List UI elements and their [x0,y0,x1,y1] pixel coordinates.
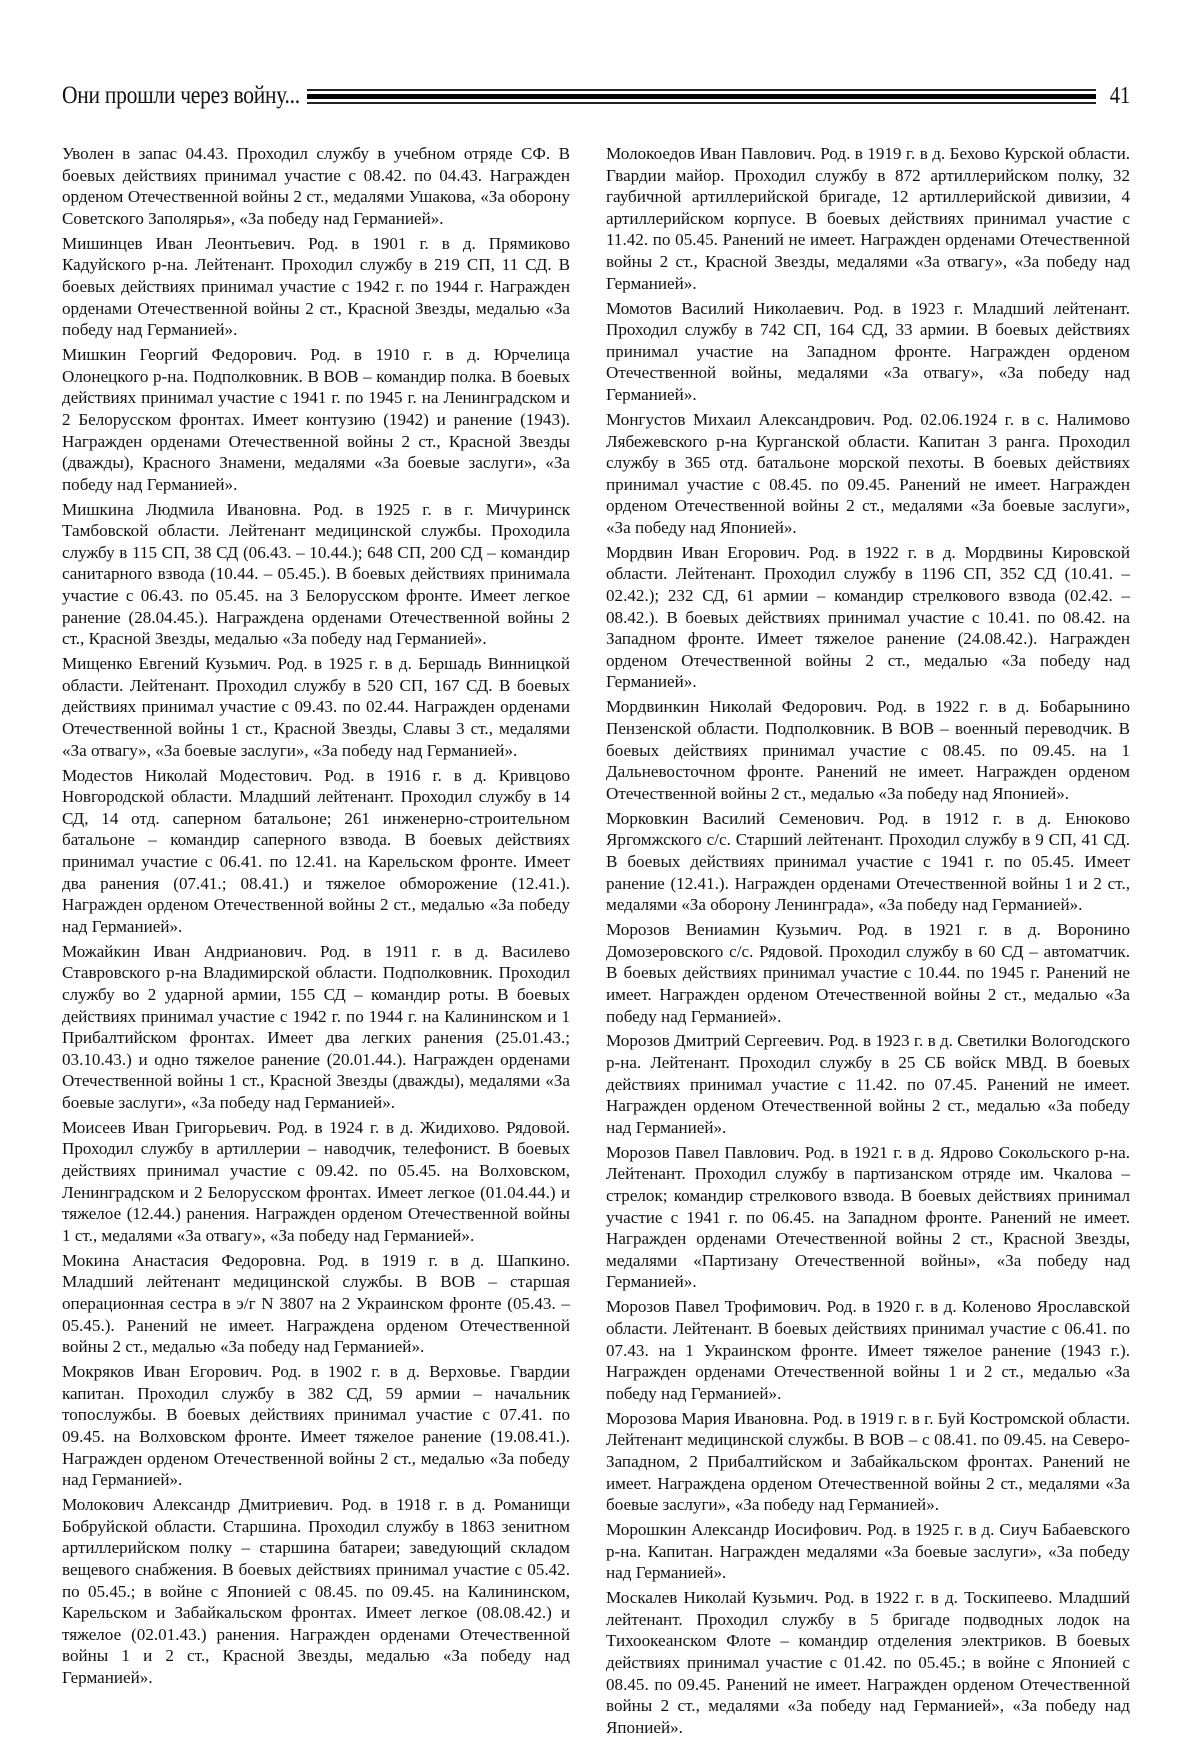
entry-moroshkin: Морошкин Александр Иосифович. Род. в 192… [606,1519,1130,1584]
entry-text: Мишинцев Иван Леонтьевич. Род. в 1901 г.… [62,233,570,341]
entry-mishkin: Мишкин Георгий Федорович. Род. в 1910 г.… [62,344,570,495]
entry-mongustov: Монгустов Михаил Александрович. Род. 02.… [606,409,1130,539]
entry-morozova: Морозова Мария Ивановна. Род. в 1919 г. … [606,1408,1130,1516]
book-page: Они прошли через войну... 41 Уволен в за… [0,0,1191,1756]
entry-text: Модестов Николай Модестович. Род. в 1916… [62,765,570,938]
header-rule [307,89,1096,104]
entry-text: Мищенко Евгений Кузьмич. Род. в 1925 г. … [62,653,570,761]
entry-text: Москалев Николай Кузьмич. Род. в 1922 г.… [606,1587,1130,1738]
entry-text: Морозова Мария Ивановна. Род. в 1919 г. … [606,1408,1130,1516]
entry-morozov-pavel-pavlovich: Морозов Павел Павлович. Род. в 1921 г. в… [606,1142,1130,1293]
entry-momotov: Момотов Василий Николаевич. Род. в 1923 … [606,298,1130,406]
entry-text: Мокина Анастасия Федоровна. Род. в 1919 … [62,1250,570,1358]
entry-text: Морозов Дмитрий Сергеевич. Род. в 1923 г… [606,1030,1130,1138]
entry-mozhaikin: Можайкин Иван Андрианович. Род. в 1911 г… [62,941,570,1114]
entry-text: Уволен в запас 04.43. Проходил службу в … [62,143,570,229]
entry-text: Молокович Александр Дмитриевич. Род. в 1… [62,1494,570,1688]
entry-modestov: Модестов Николай Модестович. Род. в 1916… [62,765,570,938]
page-number: 41 [1110,83,1130,110]
entry-text: Можайкин Иван Андрианович. Род. в 1911 г… [62,941,570,1114]
entry-text: Морковкин Василий Семенович. Род. в 1912… [606,808,1130,916]
entry-text: Морозов Павел Павлович. Род. в 1921 г. в… [606,1142,1130,1293]
entry-text: Морозов Вениамин Кузьмич. Род. в 1921 г.… [606,919,1130,1027]
entry-text: Моисеев Иван Григорьевич. Род. в 1924 г.… [62,1117,570,1247]
page-header: Они прошли через войну... 41 [62,78,1132,114]
entry-mordvinkin: Мордвинкин Николай Федорович. Род. в 192… [606,696,1130,804]
rule-line-top [307,89,1096,91]
entry-morozov-pavel-trofimovich: Морозов Павел Трофимович. Род. в 1920 г.… [606,1296,1130,1404]
entry-morozov-dmitry: Морозов Дмитрий Сергеевич. Род. в 1923 г… [606,1030,1130,1138]
entry-text: Мокряков Иван Егорович. Род. в 1902 г. в… [62,1361,570,1491]
entry-morkovkin: Морковкин Василий Семенович. Род. в 1912… [606,808,1130,916]
entry-morozov-veniamin: Морозов Вениамин Кузьмич. Род. в 1921 г.… [606,919,1130,1027]
entry-molokovich: Молокович Александр Дмитриевич. Род. в 1… [62,1494,570,1688]
entry-molokoedov: Молокоедов Иван Павлович. Род. в 1919 г.… [606,143,1130,294]
entry-text: Мордвин Иван Егорович. Род. в 1922 г. в … [606,542,1130,693]
entry-text: Морозов Павел Трофимович. Род. в 1920 г.… [606,1296,1130,1404]
entry-text: Мишкина Людмила Ивановна. Род. в 1925 г.… [62,499,570,650]
entry-text: Мордвинкин Николай Федорович. Род. в 192… [606,696,1130,804]
entry-text: Момотов Василий Николаевич. Род. в 1923 … [606,298,1130,406]
entry-mishintsev: Мишинцев Иван Леонтьевич. Род. в 1901 г.… [62,233,570,341]
entry-text: Молокоедов Иван Павлович. Род. в 1919 г.… [606,143,1130,294]
entry-moskalev: Москалев Николай Кузьмич. Род. в 1922 г.… [606,1587,1130,1738]
running-title: Они прошли через войну... [62,82,300,110]
entry-text: Морошкин Александр Иосифович. Род. в 192… [606,1519,1130,1584]
rule-line-middle [307,94,1096,99]
entry-mishchenko: Мищенко Евгений Кузьмич. Род. в 1925 г. … [62,653,570,761]
left-column: Уволен в запас 04.43. Проходил службу в … [62,143,570,1692]
entry-mokina: Мокина Анастасия Федоровна. Род. в 1919 … [62,1250,570,1358]
entry-text: Мишкин Георгий Федорович. Род. в 1910 г.… [62,344,570,495]
entry-moiseev: Моисеев Иван Григорьевич. Род. в 1924 г.… [62,1117,570,1247]
entry-mordvin: Мордвин Иван Егорович. Род. в 1922 г. в … [606,542,1130,693]
entry-text: Монгустов Михаил Александрович. Род. 02.… [606,409,1130,539]
rule-line-bottom [307,102,1096,104]
right-column: Молокоедов Иван Павлович. Род. в 1919 г.… [606,143,1130,1742]
entry-mokryakov: Мокряков Иван Егорович. Род. в 1902 г. в… [62,1361,570,1491]
entry-mishkina: Мишкина Людмила Ивановна. Род. в 1925 г.… [62,499,570,650]
entry-continuation: Уволен в запас 04.43. Проходил службу в … [62,143,570,229]
